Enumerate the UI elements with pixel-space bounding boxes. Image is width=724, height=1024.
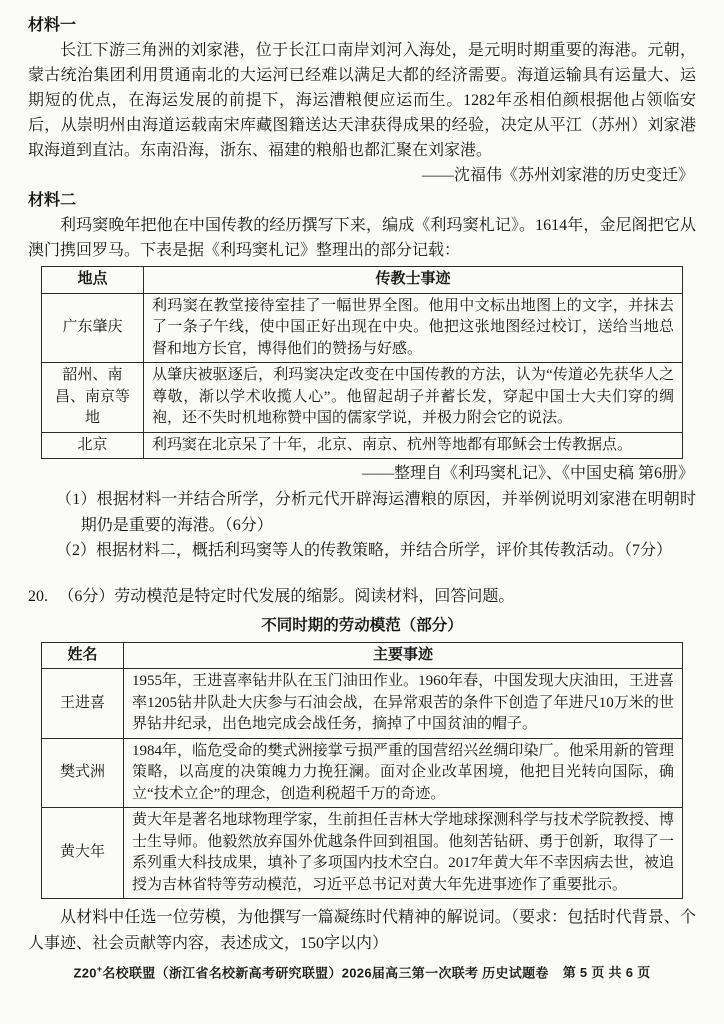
material2-attribution: ——整理自《利玛窦札记》、《中国史稿 第6册》 <box>28 461 696 487</box>
material2-heading: 材料二 <box>28 189 696 213</box>
deeds-cell: 从肇庆被驱逐后，利玛窦决定改变在中国传教的方法，认为“传道必先获华人之尊敬，渐以… <box>144 363 683 433</box>
question-19-2: （2）根据材料二，概括利玛窦等人的传教策略，并结合所学，评价其传教活动。（7分） <box>28 538 696 564</box>
question-19-1: （1）根据材料一并结合所学，分析元代开辟海运漕粮的原因，并举例说明刘家港在明朝时… <box>28 487 696 538</box>
location-cell: 北京 <box>42 432 144 459</box>
footer-exam-title: 名校联盟（浙江省名校新高考研究联盟）2026届高三第一次联考 历史试题卷 <box>102 965 548 980</box>
deeds-cell: 利玛窦在北京呆了十年，北京、南京、杭州等地都有耶稣会士传教据点。 <box>144 432 683 459</box>
model-workers-table-title: 不同时期的劳动模范（部分） <box>28 612 696 639</box>
worker-name-cell: 王进喜 <box>42 669 124 739</box>
worker-deeds-cell: 黄大年是著名地球物理学家，生前担任吉林大学地球探测科学与技术学院教授、博士生导师… <box>124 808 683 899</box>
missionary-table-row: 北京 利玛窦在北京呆了十年，北京、南京、杭州等地都有耶稣会士传教据点。 <box>42 432 683 459</box>
material1-attribution: ——沈福伟《苏州刘家港的历史变迁》 <box>28 163 696 189</box>
worker-deeds-cell: 1984年，临危受命的樊式洲接掌亏损严重的国营绍兴丝绸印染厂。他采用新的管理策略… <box>124 738 683 808</box>
question-20-stem: （6分）劳动模范是特定时代发展的缩影。阅读材料，回答问题。 <box>58 588 514 605</box>
exam-paper-page: 材料一 长江下游三角洲的刘家港，位于长江口南岸刘河入海处，是元明时期重要的海港。… <box>0 0 724 1024</box>
model-workers-header-name: 姓名 <box>42 642 124 669</box>
question-20-stem-line: 20.（6分）劳动模范是特定时代发展的缩影。阅读材料，回答问题。 <box>28 584 696 609</box>
worker-name-cell: 黄大年 <box>42 808 124 899</box>
model-workers-row: 王进喜 1955年，王进喜率钻井队在玉门油田作业。1960年春，中国发现大庆油田… <box>42 669 683 739</box>
missionary-table-row: 广东肇庆 利玛窦在教堂接待室挂了一幅世界全图。他用中文标出地图上的文字，并抹去了… <box>42 293 683 363</box>
missionary-table-header-row: 地点 传教士事迹 <box>42 267 683 294</box>
model-workers-header-deeds: 主要事迹 <box>124 642 683 669</box>
missionary-table: 地点 传教士事迹 广东肇庆 利玛窦在教堂接待室挂了一幅世界全图。他用中文标出地图… <box>41 266 683 459</box>
worker-name-cell: 樊式洲 <box>42 738 124 808</box>
page-footer: Z20+名校联盟（浙江省名校新高考研究联盟）2026届高三第一次联考 历史试题卷… <box>28 957 696 985</box>
missionary-table-header-deeds: 传教士事迹 <box>144 267 683 294</box>
missionary-table-header-location: 地点 <box>42 267 144 294</box>
worker-deeds-cell: 1955年，王进喜率钻井队在玉门油田作业。1960年春，中国发现大庆油田，王进喜… <box>124 669 683 739</box>
material1-heading: 材料一 <box>28 14 696 38</box>
model-workers-header-row: 姓名 主要事迹 <box>42 642 683 669</box>
location-cell: 广东肇庆 <box>42 293 144 363</box>
footer-page-number: 第 5 页 共 6 页 <box>563 965 651 980</box>
location-cell: 韶州、南昌、南京等地 <box>42 363 144 433</box>
question-20-closing-instruction: 从材料中任选一位劳模，为他撰写一篇凝练时代精神的解说词。（要求：包括时代背景、个… <box>28 905 696 957</box>
question-20-number: 20. <box>28 584 58 609</box>
material2-paragraph: 利玛窦晚年把他在中国传教的经历撰写下来，编成《利玛窦札记》。1614年，金尼阁把… <box>28 213 696 263</box>
model-workers-row: 黄大年 黄大年是著名地球物理学家，生前担任吉林大学地球探测科学与技术学院教授、博… <box>42 808 683 899</box>
model-workers-row: 樊式洲 1984年，临危受命的樊式洲接掌亏损严重的国营绍兴丝绸印染厂。他采用新的… <box>42 738 683 808</box>
deeds-cell: 利玛窦在教堂接待室挂了一幅世界全图。他用中文标出地图上的文字，并抹去了一条子午线… <box>144 293 683 363</box>
missionary-table-row: 韶州、南昌、南京等地 从肇庆被驱逐后，利玛窦决定改变在中国传教的方法，认为“传道… <box>42 363 683 433</box>
model-workers-table: 姓名 主要事迹 王进喜 1955年，王进喜率钻井队在玉门油田作业。1960年春，… <box>41 642 683 900</box>
footer-league-name: Z20 <box>73 965 96 980</box>
material1-paragraph: 长江下游三角洲的刘家港，位于长江口南岸刘河入海处，是元明时期重要的海港。元朝，蒙… <box>28 38 696 163</box>
